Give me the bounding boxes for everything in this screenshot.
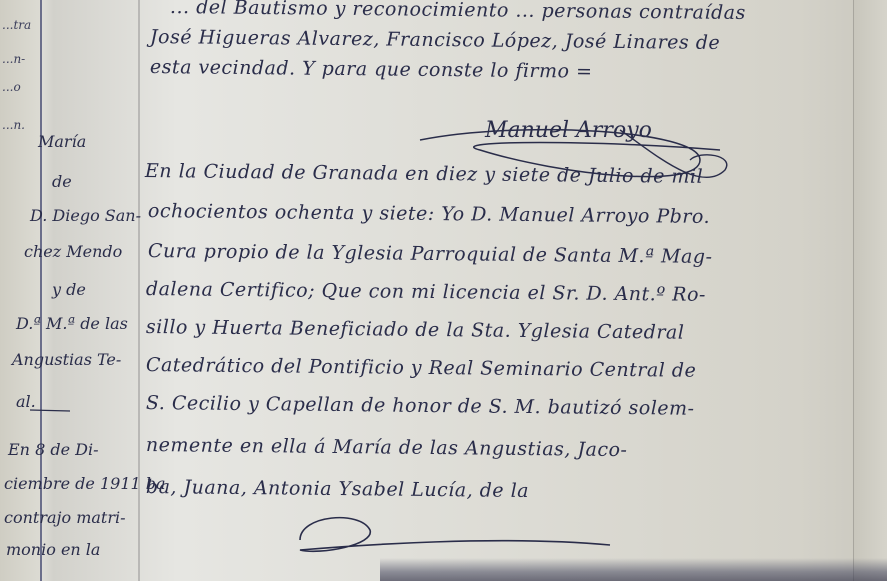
register-page: ...tra ...n- ...o ...n. ... del Bautismo…	[0, 0, 887, 581]
flourish-strokes	[0, 0, 887, 581]
binding-shadow	[380, 558, 887, 581]
